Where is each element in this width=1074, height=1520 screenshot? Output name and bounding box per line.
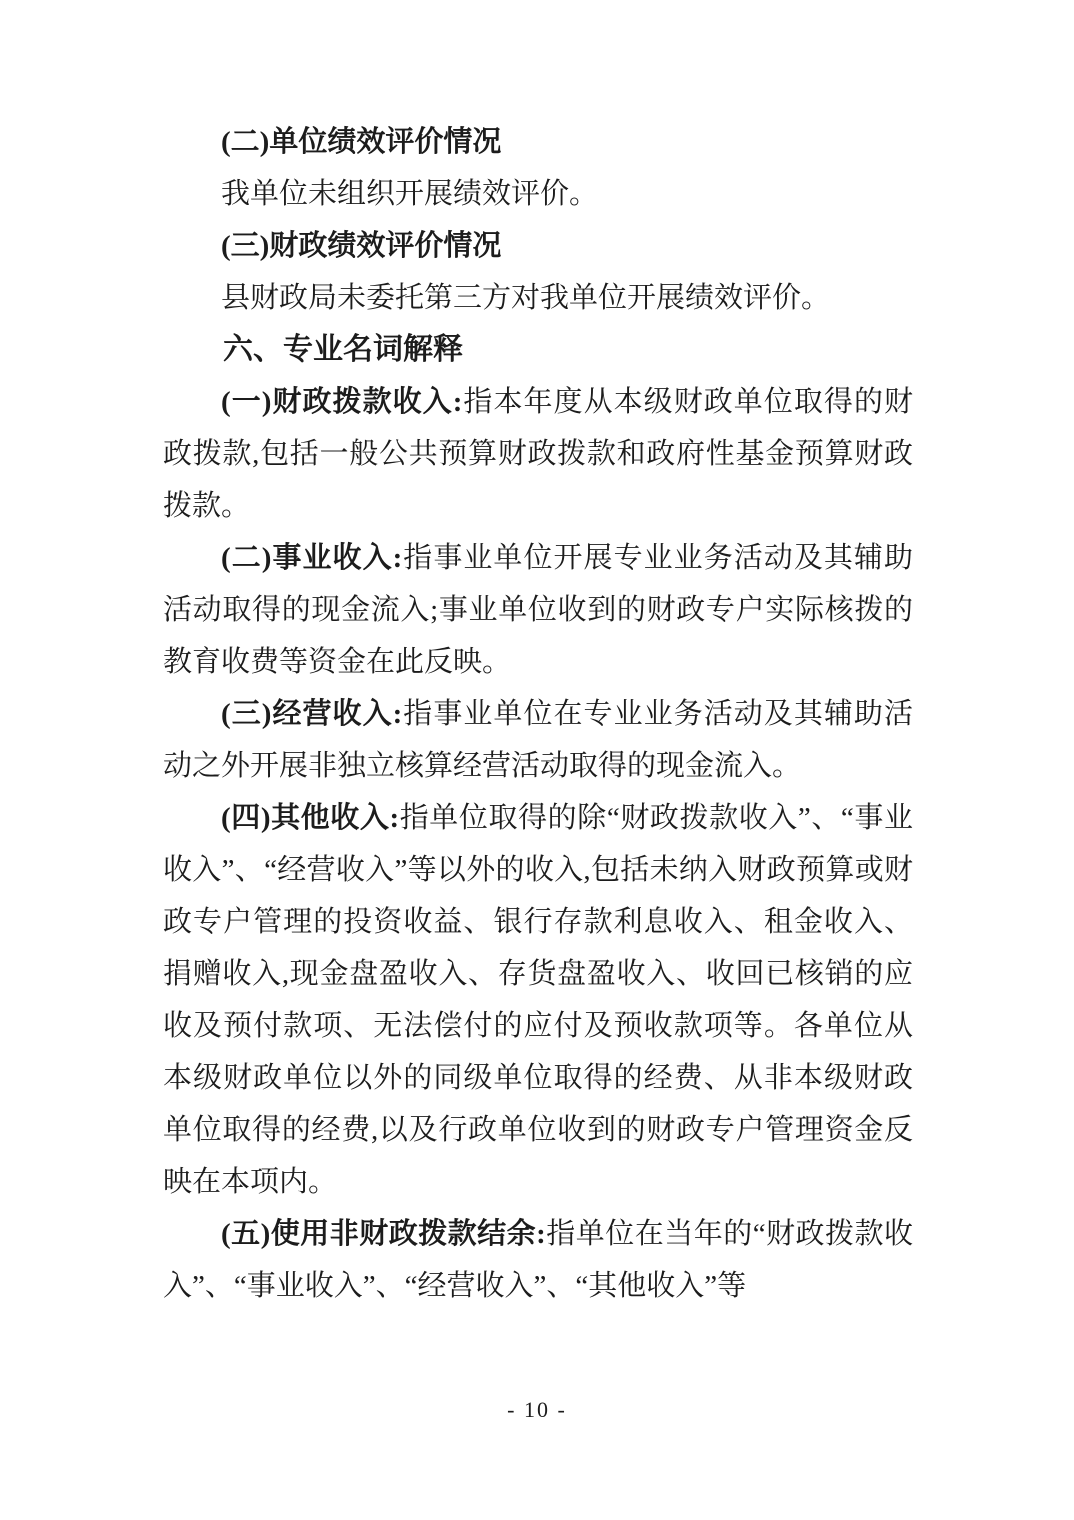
term-lead-other-income: (四)其他收入: bbox=[221, 802, 399, 834]
term-lead-non-fiscal-appropriation-balance: (五)使用非财政拨款结余: bbox=[221, 1218, 546, 1250]
heading-unit-performance-evaluation: (二)单位绩效评价情况 bbox=[163, 116, 913, 168]
document-body: (二)单位绩效评价情况 我单位未组织开展绩效评价。 (三)财政绩效评价情况 县财… bbox=[163, 116, 913, 1312]
term-operating-income: (三)经营收入:指事业单位在专业业务活动及其辅助活动之外开展非独立核算经营活动取… bbox=[163, 688, 913, 792]
document-page: (二)单位绩效评价情况 我单位未组织开展绩效评价。 (三)财政绩效评价情况 县财… bbox=[0, 0, 1074, 1520]
page-number: - 10 - bbox=[0, 1392, 1074, 1428]
term-text-other-income: 指单位取得的除“财政拨款收入”、“事业收入”、“经营收入”等以外的收入,包括未纳… bbox=[163, 802, 913, 1198]
term-lead-fiscal-appropriation-income: (一)财政拨款收入: bbox=[221, 386, 462, 418]
term-other-income: (四)其他收入:指单位取得的除“财政拨款收入”、“事业收入”、“经营收入”等以外… bbox=[163, 792, 913, 1208]
term-lead-operating-income: (三)经营收入: bbox=[221, 698, 402, 730]
term-institutional-income: (二)事业收入:指事业单位开展专业业务活动及其辅助活动取得的现金流入;事业单位收… bbox=[163, 532, 913, 688]
para-fiscal-no-evaluation: 县财政局未委托第三方对我单位开展绩效评价。 bbox=[163, 272, 913, 324]
term-non-fiscal-appropriation-balance: (五)使用非财政拨款结余:指单位在当年的“财政拨款收入”、“事业收入”、“经营收… bbox=[163, 1208, 913, 1312]
para-unit-no-evaluation: 我单位未组织开展绩效评价。 bbox=[163, 168, 913, 220]
section-heading-terminology: 六、专业名词解释 bbox=[163, 324, 913, 376]
term-fiscal-appropriation-income: (一)财政拨款收入:指本年度从本级财政单位取得的财政拨款,包括一般公共预算财政拨… bbox=[163, 376, 913, 532]
heading-fiscal-performance-evaluation: (三)财政绩效评价情况 bbox=[163, 220, 913, 272]
term-lead-institutional-income: (二)事业收入: bbox=[221, 542, 402, 574]
